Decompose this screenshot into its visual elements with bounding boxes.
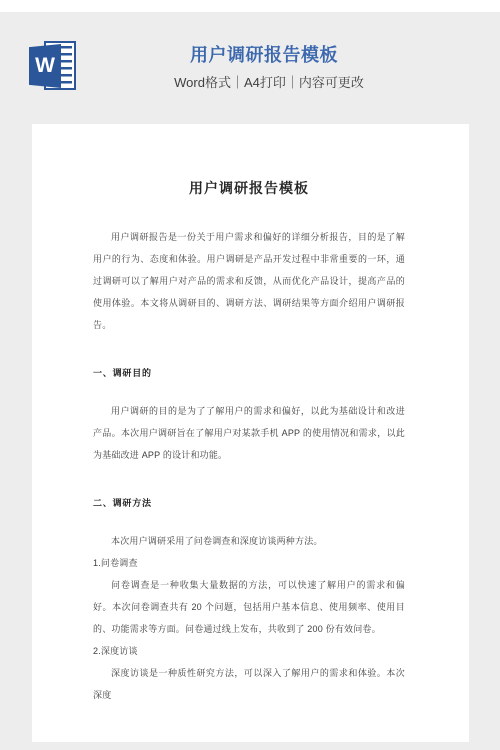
doc-section-heading: 一、调研目的 xyxy=(93,362,405,384)
doc-subheading: 2.深度访谈 xyxy=(93,640,405,662)
doc-paragraph: 本次用户调研采用了问卷调查和深度访谈两种方法。 xyxy=(93,530,405,552)
page-subtitle: Word格式｜A4打印｜内容可更改 xyxy=(0,72,500,91)
top-strip xyxy=(0,0,500,12)
document-title: 用户调研报告模板 xyxy=(93,178,405,198)
doc-paragraph: 用户调研的目的是为了了解用户的需求和偏好，以此为基础设计和改进产品。本次用户调研… xyxy=(93,400,405,466)
doc-section-heading: 二、调研方法 xyxy=(93,492,405,514)
doc-paragraph: 用户调研报告是一份关于用户需求和偏好的详细分析报告，目的是了解用户的行为、态度和… xyxy=(93,226,405,336)
document-preview-card[interactable]: 用户调研报告模板 用户调研报告是一份关于用户需求和偏好的详细分析报告，目的是了解… xyxy=(32,124,469,742)
doc-paragraph: 深度访谈是一种质性研究方法，可以深入了解用户的需求和体验。本次深度 xyxy=(93,662,405,706)
doc-subheading: 1.问卷调查 xyxy=(93,552,405,574)
doc-paragraph: 问卷调查是一种收集大量数据的方法，可以快速了解用户的需求和偏好。本次问卷调查共有… xyxy=(93,574,405,640)
page-title: 用户调研报告模板 xyxy=(0,41,500,67)
document-body: 用户调研报告是一份关于用户需求和偏好的详细分析报告，目的是了解用户的行为、态度和… xyxy=(93,226,405,706)
